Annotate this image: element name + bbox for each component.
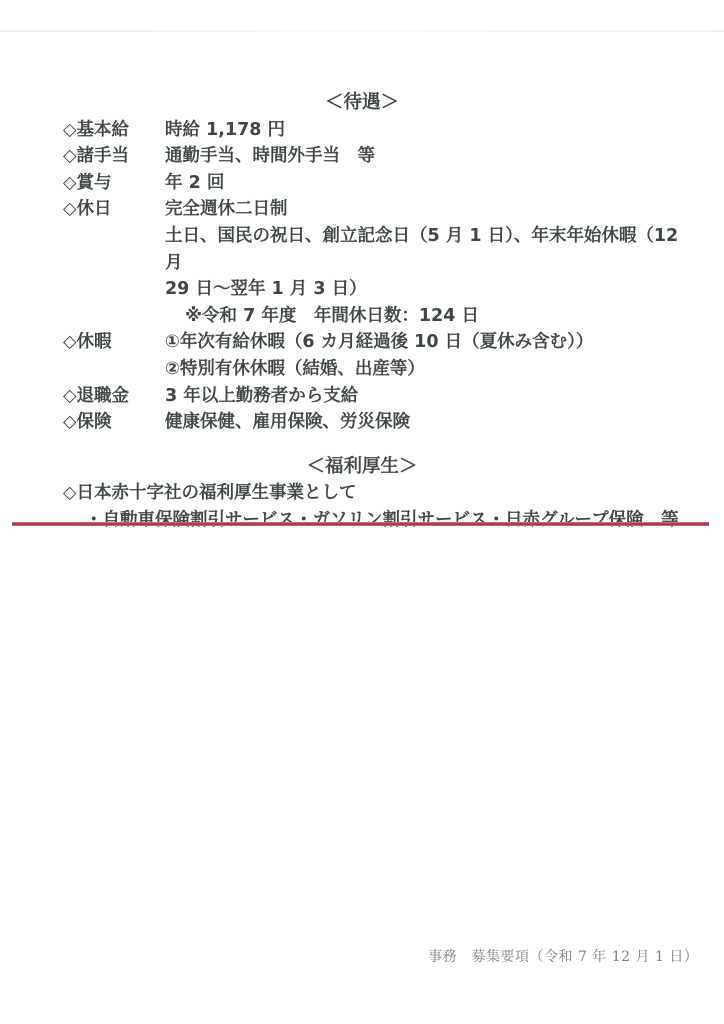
row-value: ①年次有給休暇（6 カ月経過後 10 日（夏休み含む）） ②特別有休休暇（結婚、… (165, 329, 699, 382)
row-value: 通勤手当、時間外手当 等 (165, 143, 699, 170)
red-divider-rule (12, 522, 709, 526)
welfare-heading: ◇日本赤十字社の福利厚生事業として (63, 480, 699, 507)
document-content: ＜待遇＞ ◇基本給 時給 1,178 円 ◇諸手当 通勤手当、時間外手当 等 ◇… (63, 90, 699, 534)
holidays-line-3: 29 日～翌年 1 月 3 日） (165, 276, 699, 303)
row-label: ◇休暇 (63, 329, 165, 356)
row-base-pay: ◇基本給 時給 1,178 円 (63, 117, 699, 144)
row-insurance: ◇保険 健康保健、雇用保険、労災保険 (63, 409, 699, 436)
welfare-bullet: ・自動車保険割引サービス・ガソリン割引サービス・日赤グループ保険 等 (63, 507, 699, 534)
row-retirement-pay: ◇退職金 3 年以上勤務者から支給 (63, 383, 699, 410)
holidays-note: ※令和 7 年度 年間休日数：124 日 (165, 303, 699, 330)
row-holidays: ◇休日 完全週休二日制 土日、国民の祝日、創立記念日（5 月 1 日）、年末年始… (63, 196, 699, 329)
row-label: ◇退職金 (63, 383, 165, 410)
row-label: ◇賞与 (63, 170, 165, 197)
welfare-section-title: ＜福利厚生＞ (0, 454, 724, 481)
row-label: ◇休日 (63, 196, 165, 223)
row-label: ◇諸手当 (63, 143, 165, 170)
row-bonus: ◇賞与 年 2 回 (63, 170, 699, 197)
page-footer: 事務 募集要項（令和 7 年 12 月 1 日） (428, 946, 698, 966)
row-label: ◇保険 (63, 409, 165, 436)
treatment-section-title: ＜待遇＞ (0, 90, 724, 117)
holidays-line-1: 完全週休二日制 (165, 196, 699, 223)
row-value: 健康保健、雇用保険、労災保険 (165, 409, 699, 436)
row-value: 3 年以上勤務者から支給 (165, 383, 699, 410)
leave-line-2: ②特別有休休暇（結婚、出産等） (165, 356, 699, 383)
row-leave: ◇休暇 ①年次有給休暇（6 カ月経過後 10 日（夏休み含む）） ②特別有休休暇… (63, 329, 699, 382)
scan-artifact-line (0, 30, 724, 32)
row-value: 完全週休二日制 土日、国民の祝日、創立記念日（5 月 1 日）、年末年始休暇（1… (165, 196, 699, 329)
holidays-line-2: 土日、国民の祝日、創立記念日（5 月 1 日）、年末年始休暇（12 月 (165, 223, 699, 276)
row-allowances: ◇諸手当 通勤手当、時間外手当 等 (63, 143, 699, 170)
row-value: 年 2 回 (165, 170, 699, 197)
row-value: 時給 1,178 円 (165, 117, 699, 144)
row-label: ◇基本給 (63, 117, 165, 144)
leave-line-1: ①年次有給休暇（6 カ月経過後 10 日（夏休み含む）） (165, 329, 699, 356)
document-page: ＜待遇＞ ◇基本給 時給 1,178 円 ◇諸手当 通勤手当、時間外手当 等 ◇… (0, 0, 724, 1024)
